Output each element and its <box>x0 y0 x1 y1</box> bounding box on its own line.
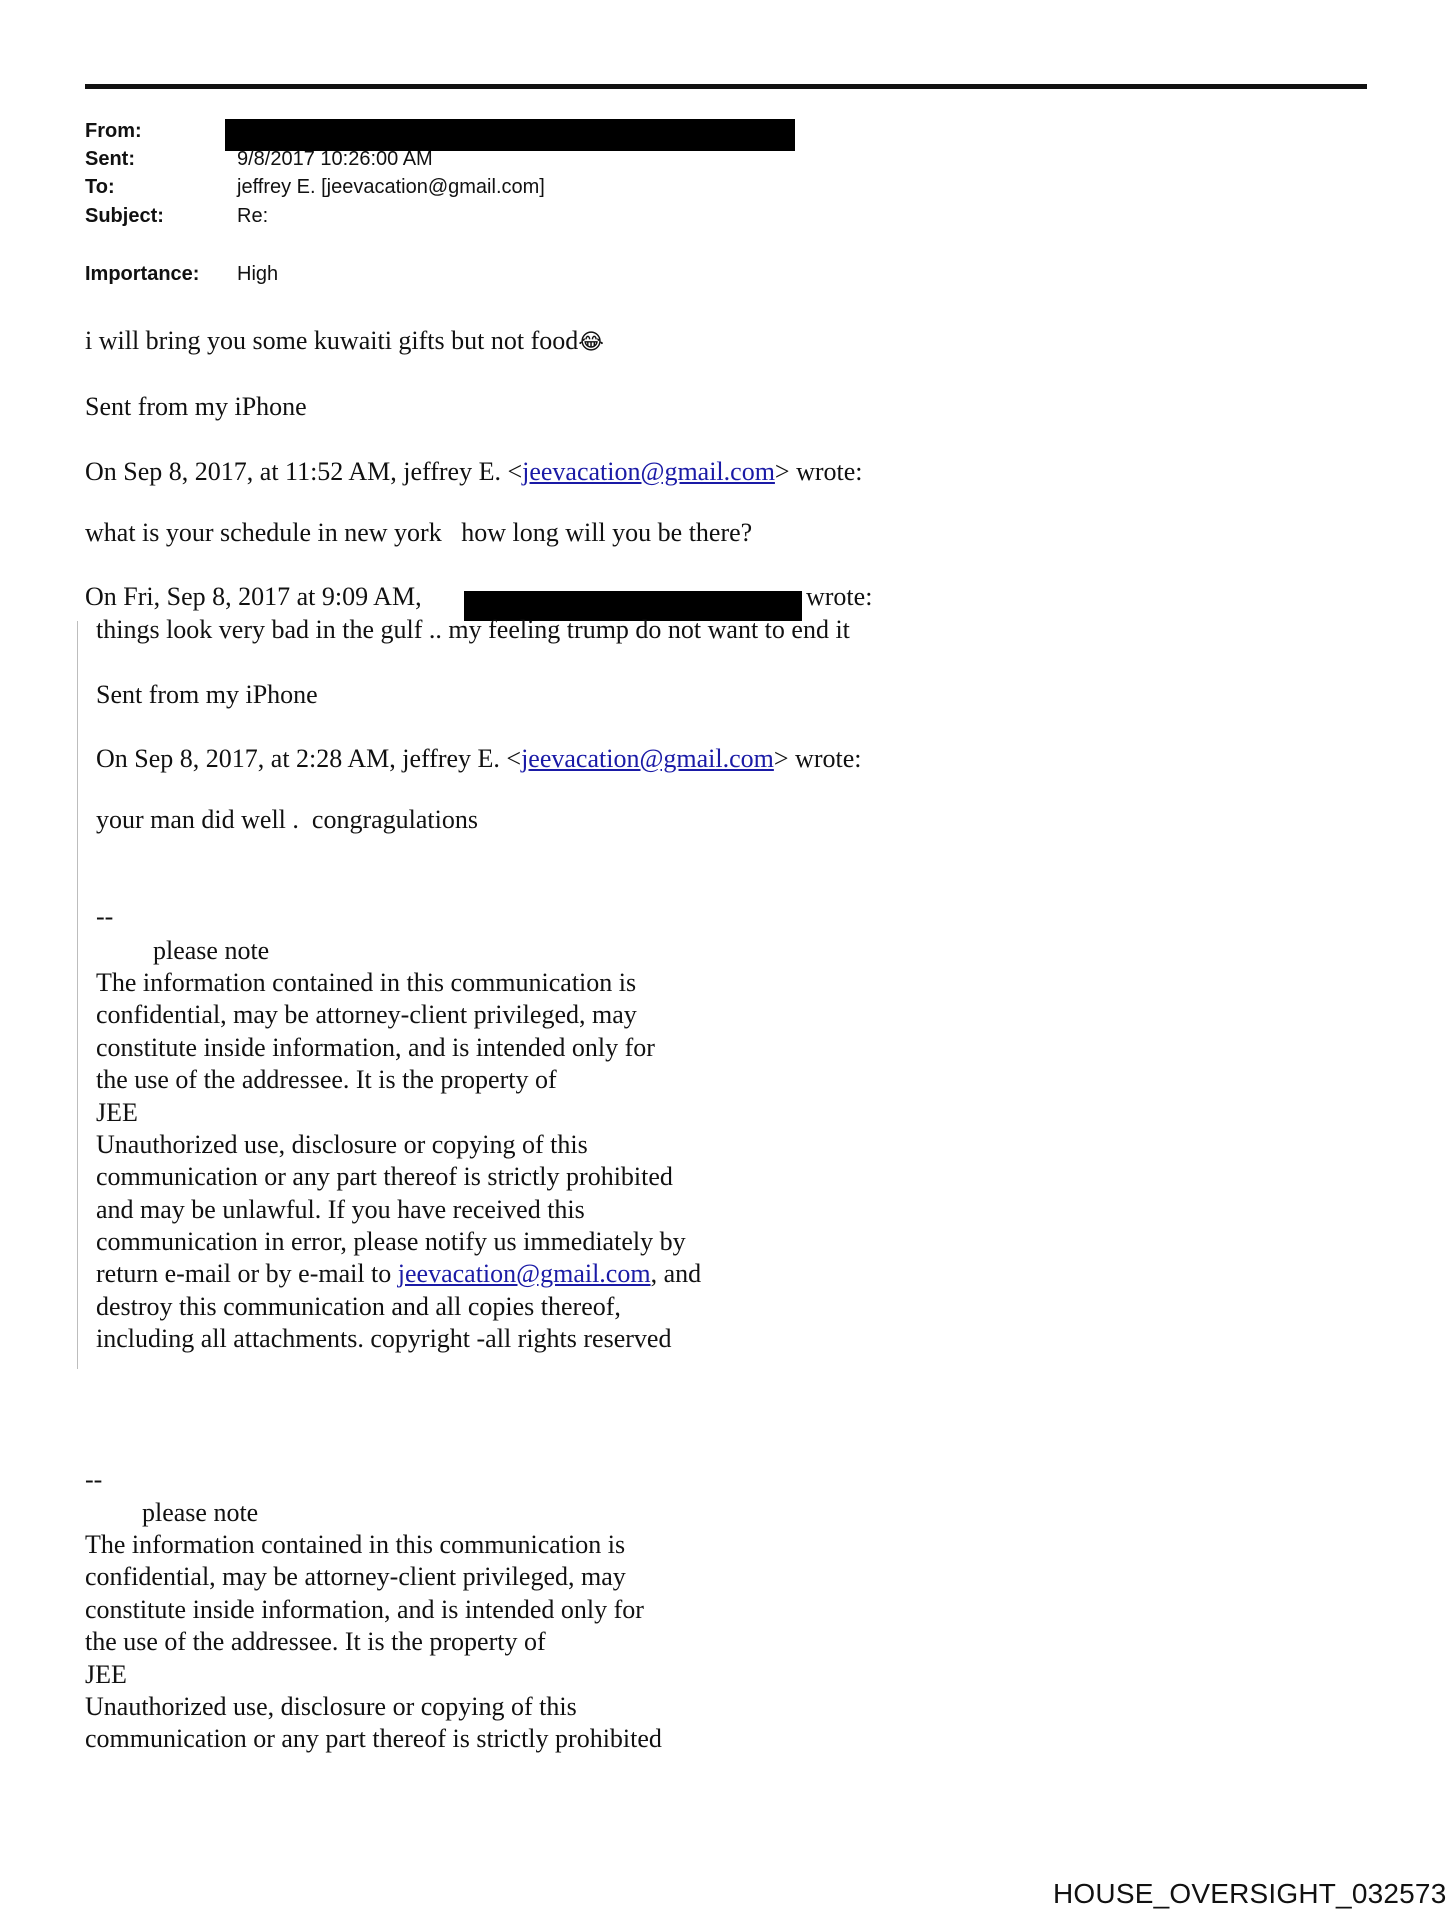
reply-header-1-prefix: On Sep 8, 2017, at 11:52 AM, jeffrey E. … <box>85 457 522 486</box>
quoted-message: things look very bad in the gulf .. my f… <box>96 614 850 646</box>
disclaimer2-line: communication or any part thereof is str… <box>85 1723 662 1755</box>
disclaimer-tail-line: including all attachments. copyright -al… <box>96 1323 671 1355</box>
reply-header-1-suffix: > wrote: <box>775 457 863 486</box>
sent-value: 9/8/2017 10:26:00 AM <box>237 147 433 171</box>
to-label: To: <box>85 175 115 199</box>
email-link-1[interactable]: jeevacation@gmail.com <box>522 457 775 486</box>
email-link-2[interactable]: jeevacation@gmail.com <box>521 744 774 773</box>
subject-label: Subject: <box>85 204 164 228</box>
message-body: i will bring you some kuwaiti gifts but … <box>85 326 578 355</box>
reply-header-2-prefix: On Fri, Sep 8, 2017 at 9:09 AM, <box>85 581 428 613</box>
disclaimer2-line: Unauthorized use, disclosure or copying … <box>85 1691 577 1723</box>
header-rule <box>85 84 1367 89</box>
reply-header-1: On Sep 8, 2017, at 11:52 AM, jeffrey E. … <box>85 456 863 488</box>
quoted-reply-suffix: > wrote: <box>774 744 862 773</box>
disclaimer-line: and may be unlawful. If you have receive… <box>96 1194 585 1226</box>
return-prefix: return e-mail or by e-mail to <box>96 1259 398 1288</box>
email-link-3[interactable]: jeevacation@gmail.com <box>398 1259 651 1288</box>
disclaimer2-line: constitute inside information, and is in… <box>85 1594 644 1626</box>
to-value: jeffrey E. [jeevacation@gmail.com] <box>237 175 545 199</box>
disclaimer-line: communication or any part thereof is str… <box>96 1161 673 1193</box>
importance-label: Importance: <box>85 262 199 286</box>
disclaimer-tail-line: destroy this communication and all copie… <box>96 1291 621 1323</box>
disclaimer2-line: confidential, may be attorney-client pri… <box>85 1561 626 1593</box>
quote-bar <box>77 621 78 1369</box>
reply-message-1: what is your schedule in new york how lo… <box>85 517 752 549</box>
return-suffix: , and <box>651 1259 702 1288</box>
disclaimer2-note: please note <box>142 1497 258 1529</box>
disclaimer-line: confidential, may be attorney-client pri… <box>96 999 637 1031</box>
tears-of-joy-emoji-icon: 😂 <box>578 330 604 355</box>
disclaimer-line: JEE <box>96 1097 138 1129</box>
disclaimer2-line: The information contained in this commun… <box>85 1529 625 1561</box>
disclaimer-line: The information contained in this commun… <box>96 967 636 999</box>
subject-value: Re: <box>237 204 268 228</box>
disclaimer2-line: JEE <box>85 1659 127 1691</box>
quoted-reply-prefix: On Sep 8, 2017, at 2:28 AM, jeffrey E. < <box>96 744 521 773</box>
quoted-reply-header: On Sep 8, 2017, at 2:28 AM, jeffrey E. <… <box>96 743 861 775</box>
disclaimer-separator: -- <box>96 901 113 933</box>
disclaimer-line: communication in error, please notify us… <box>96 1226 686 1258</box>
disclaimer-note: please note <box>153 935 269 967</box>
quoted-signature: Sent from my iPhone <box>96 679 318 711</box>
sent-label: Sent: <box>85 147 135 171</box>
quoted-reply-message: your man did well . congragulations <box>96 804 478 836</box>
disclaimer2-separator: -- <box>85 1464 102 1496</box>
disclaimer2-line: the use of the addressee. It is the prop… <box>85 1626 546 1658</box>
disclaimer-line: Unauthorized use, disclosure or copying … <box>96 1129 588 1161</box>
message-text: i will bring you some kuwaiti gifts but … <box>85 325 604 359</box>
signature: Sent from my iPhone <box>85 391 307 423</box>
reply-header-2-suffix: wrote: <box>806 581 872 613</box>
disclaimer-return-line: return e-mail or by e-mail to jeevacatio… <box>96 1258 701 1290</box>
from-label: From: <box>85 119 142 143</box>
disclaimer-line: constitute inside information, and is in… <box>96 1032 655 1064</box>
bates-number: HOUSE_OVERSIGHT_032573 <box>1053 1878 1446 1910</box>
importance-value: High <box>237 262 278 286</box>
disclaimer-line: the use of the addressee. It is the prop… <box>96 1064 557 1096</box>
